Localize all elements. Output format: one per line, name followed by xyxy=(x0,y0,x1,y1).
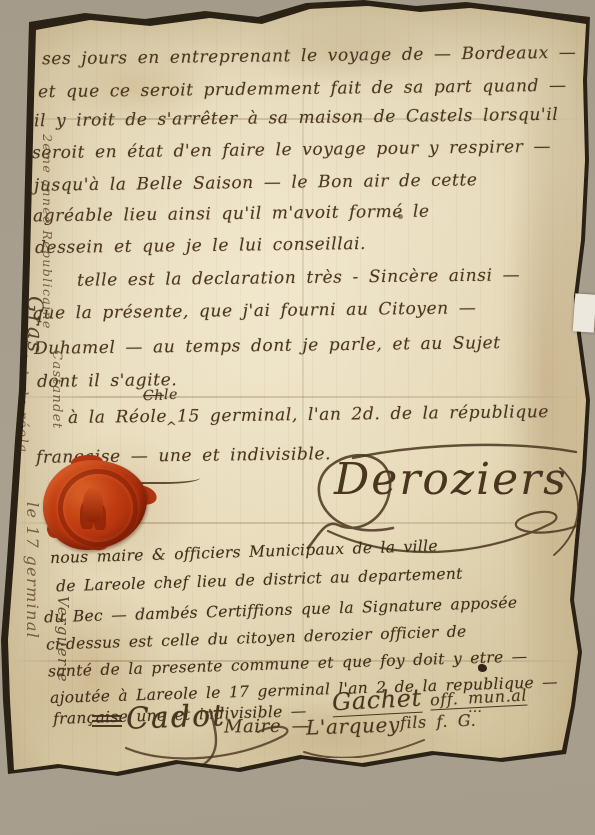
mayor-title: Maire — xyxy=(224,715,310,737)
manuscript-photo: ses jours en entreprenant le voyage de —… xyxy=(0,0,595,835)
manuscript-paper: ses jours en entreprenant le voyage de —… xyxy=(0,0,595,835)
margin-signature: Castandet xyxy=(49,350,64,430)
pen-hatch-marks xyxy=(92,712,122,727)
ink-fleck xyxy=(478,664,487,672)
clerk-title: fils f. G. xyxy=(400,711,477,733)
struck-word: Ch xyxy=(143,388,164,404)
red-wax-seal xyxy=(43,460,147,550)
letter-line: dessein et que je le lui conseillai. xyxy=(35,234,366,258)
clerk-signature: L'arquey xyxy=(306,712,401,739)
ink-fleck xyxy=(398,214,403,219)
mayor-signature: Cadot xyxy=(125,698,226,736)
inserted-word: le xyxy=(164,387,178,403)
seal-figure-impression xyxy=(83,488,103,522)
paper-tear-notch xyxy=(573,293,595,332)
margin-signature: Verguerie xyxy=(54,596,72,683)
margin-visa-line: le 17 germinal xyxy=(23,502,42,639)
main-signature: Deroziers xyxy=(334,454,568,505)
